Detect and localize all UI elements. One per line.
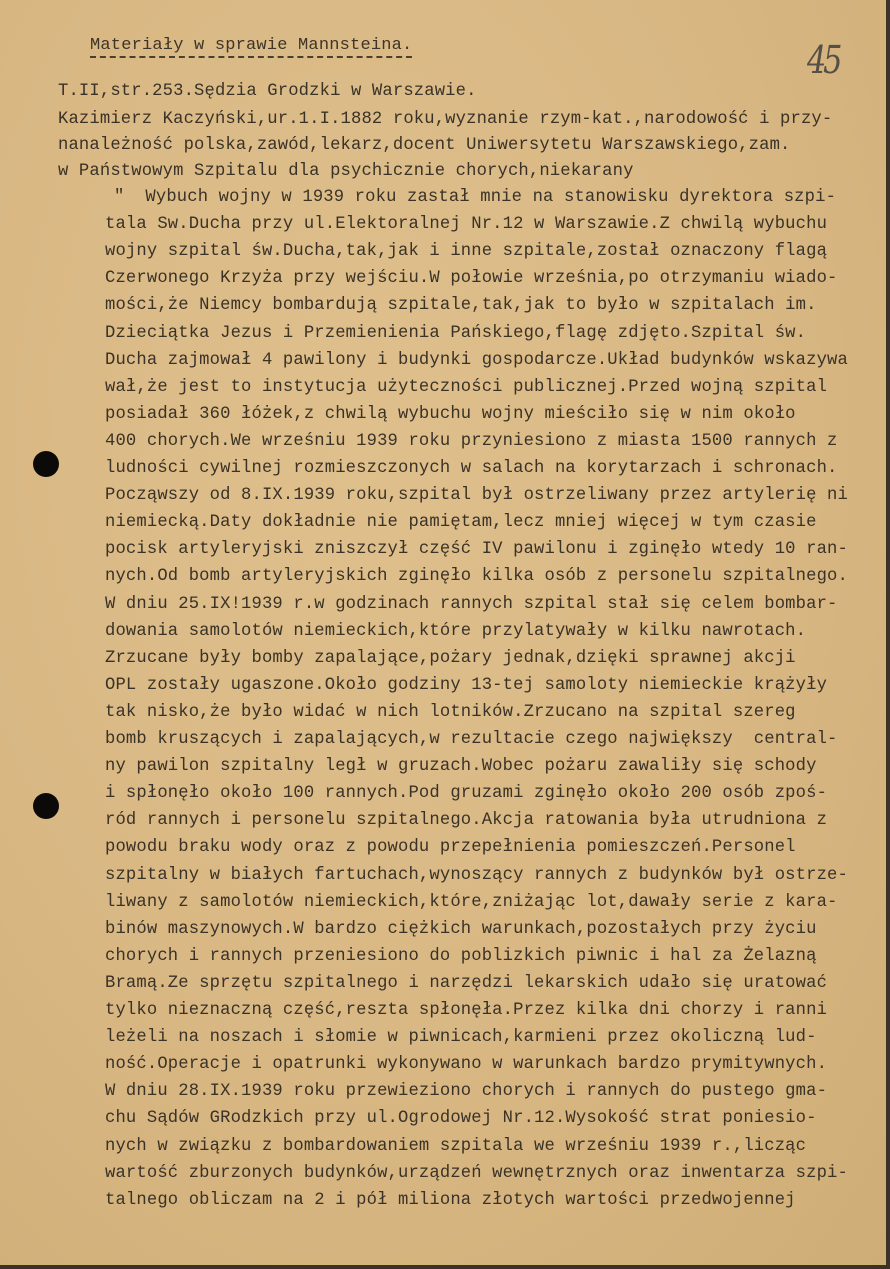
body-line: Począwszy od 8.IX.1939 roku,szpital był … [105, 486, 848, 505]
header-line: w Państwowym Szpitalu dla psychicznie ch… [58, 162, 634, 181]
body-line: wał,że jest to instytucja użyteczności p… [105, 378, 827, 397]
body-line: ludności cywilnej rozmieszczonych w sala… [105, 459, 838, 478]
body-line: wartość zburzonych budynków,urządzeń wew… [105, 1164, 848, 1183]
handwritten-folio-number: 45 [807, 38, 839, 82]
body-line: ny pawilon szpitalny legł w gruzach.Wobe… [105, 757, 817, 776]
body-line: 400 chorych.We wrześniu 1939 roku przyni… [105, 432, 838, 451]
body-line: liwany z samolotów niemieckich,które,zni… [105, 893, 838, 912]
body-line: Zrzucane były bomby zapalające,pożary je… [105, 649, 796, 668]
punch-hole [33, 451, 59, 477]
body-line: powodu braku wody oraz z powodu przepełn… [105, 838, 796, 857]
body-line: nych.Od bomb artyleryjskich zginęło kilk… [105, 567, 848, 586]
body-line: Dzieciątka Jezus i Przemienienia Pańskie… [105, 324, 806, 343]
body-line: Bramą.Ze sprzętu szpitalnego i narzędzi … [105, 974, 827, 993]
body-line: Czerwonego Krzyża przy wejściu.W połowie… [105, 269, 838, 288]
body-line: dowania samolotów niemieckich,które przy… [105, 622, 806, 641]
body-line: leżeli na noszach i słomie w piwnicach,k… [105, 1028, 817, 1047]
body-line: " Wybuch wojny w 1939 roku zastał mnie n… [114, 188, 836, 207]
header-line: Kazimierz Kaczyński,ur.1.I.1882 roku,wyz… [58, 110, 832, 129]
body-line: nych w związku z bombardowaniem szpitala… [105, 1137, 806, 1156]
body-line: niemiecką.Daty dokładnie nie pamiętam,le… [105, 513, 817, 532]
typewritten-page: Materiały w sprawie Mannsteina. 45 T.II,… [0, 0, 890, 1269]
body-line: mości,że Niemcy bombardują szpitale,tak,… [105, 296, 817, 315]
body-line: posiadał 360 łóżek,z chwilą wybuchu wojn… [105, 405, 796, 424]
body-line: tylko nieznaczną część,reszta spłonęła.P… [105, 1001, 827, 1020]
punch-hole [33, 793, 59, 819]
body-line: W dniu 28.IX.1939 roku przewieziono chor… [105, 1082, 827, 1101]
body-line: wojny szpital św.Ducha,tak,jak i inne sz… [105, 242, 827, 261]
body-line: W dniu 25.IX!1939 r.w godzinach rannych … [105, 595, 838, 614]
body-line: bomb kruszących i zapalających,w rezulta… [105, 730, 838, 749]
body-line: chorych i rannych przeniesiono do pobliz… [105, 947, 817, 966]
body-line: i spłonęło około 100 rannych.Pod gruzami… [105, 784, 827, 803]
header-line: nanależność polska,zawód,lekarz,docent U… [58, 136, 791, 155]
body-line: ród rannych i personelu szpitalnego.Akcj… [105, 811, 827, 830]
body-line: tak nisko,że było widać w nich lotników.… [105, 703, 796, 722]
body-line: OPL zostały ugaszone.Około godziny 13-te… [105, 676, 827, 695]
header-line: T.II,str.253.Sędzia Grodzki w Warszawie. [58, 82, 477, 101]
document-title: Materiały w sprawie Mannsteina. [90, 36, 412, 58]
body-line: ność.Operacje i opatrunki wykonywano w w… [105, 1055, 827, 1074]
body-line: szpitalny w białych fartuchach,wynoszący… [105, 866, 848, 885]
body-line: tala Sw.Ducha przy ul.Elektoralnej Nr.12… [105, 215, 827, 234]
body-line: binów maszynowych.W bardzo ciężkich waru… [105, 920, 817, 939]
body-line: Ducha zajmował 4 pawilony i budynki gosp… [105, 351, 848, 370]
body-line: talnego obliczam na 2 i pół miliona złot… [105, 1191, 796, 1210]
body-line: chu Sądów GRodzkich przy ul.Ogrodowej Nr… [105, 1109, 817, 1128]
body-line: pocisk artyleryjski zniszczył część IV p… [105, 540, 848, 559]
